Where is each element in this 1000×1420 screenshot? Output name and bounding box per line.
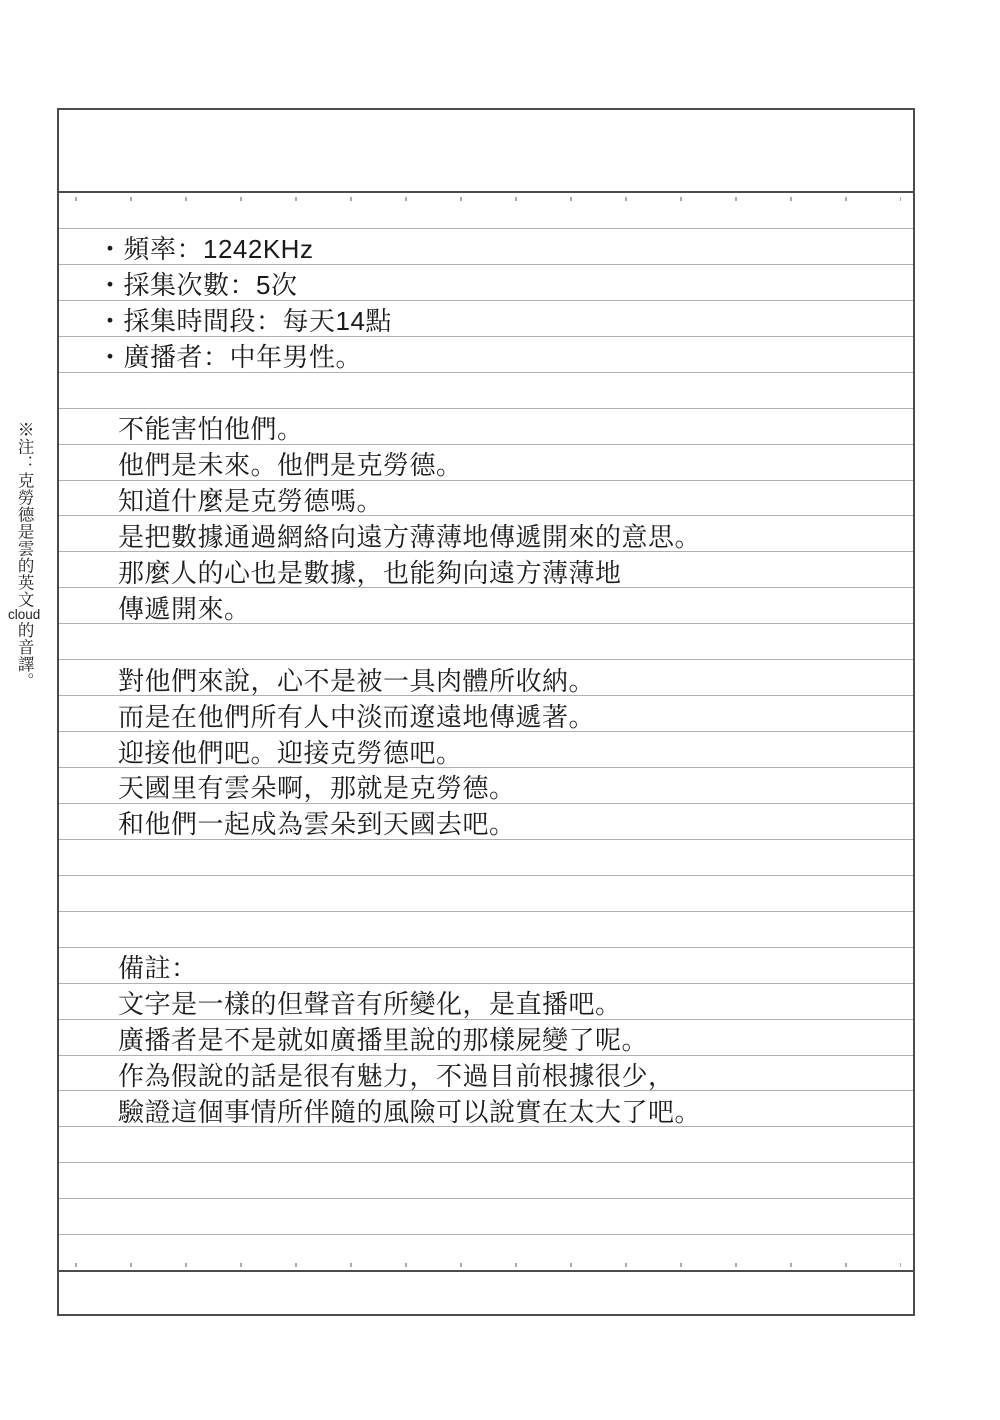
ruled-line-row — [59, 840, 913, 876]
ruled-line-row — [59, 1127, 913, 1163]
notebook-sheet: ・頻率：1242KHz ・採集次數：5次 ・採集時間段：每天14點 ・廣播者：中… — [57, 108, 915, 1316]
ruled-line-row — [59, 373, 913, 409]
ruled-line-row — [59, 624, 913, 660]
ruled-line-row: 是把數據通過網絡向遠方薄薄地傳遞開來的意思。 — [59, 516, 913, 552]
ruled-line-row-capture-count: ・採集次數：5次 — [59, 265, 913, 301]
ruled-line-row — [59, 876, 913, 912]
ruled-line-row: 不能害怕他們。 — [59, 409, 913, 445]
ruled-line-row: 天國里有雲朵啊，那就是克勞德。 — [59, 768, 913, 804]
margin-note-prefix: ※注：克勞德是雲的英文 — [15, 421, 33, 608]
tick-marks-bottom — [75, 1263, 901, 1267]
ruled-line-row: 知道什麼是克勞德嗎。 — [59, 481, 913, 517]
sheet-footer-band — [59, 1270, 913, 1314]
ruled-line-row: 文字是一樣的但聲音有所變化，是直播吧。 — [59, 984, 913, 1020]
ruled-line-row-remarks-title: 備註： — [59, 948, 913, 984]
margin-note-vertical: ※注：克勞德是雲的英文cloud的音譯。 — [8, 421, 40, 701]
ruled-line-row — [59, 1163, 913, 1199]
margin-note-latin-word: cloud — [8, 608, 40, 622]
ruled-line-row: 作為假說的話是很有魅力，不過目前根據很少， — [59, 1056, 913, 1092]
ruled-line-row: 迎接他們吧。迎接克勞德吧。 — [59, 732, 913, 768]
ruled-lines-area: ・頻率：1242KHz ・採集次數：5次 ・採集時間段：每天14點 ・廣播者：中… — [59, 193, 913, 1270]
ruled-line-row: 而是在他們所有人中淡而遼遠地傳遞著。 — [59, 696, 913, 732]
sheet-header-band — [59, 110, 913, 193]
ruled-line-row: 驗證這個事情所伴隨的風險可以說實在太大了吧。 — [59, 1091, 913, 1127]
tick-marks-top — [75, 197, 901, 201]
scanned-notes-page: ※注：克勞德是雲的英文cloud的音譯。 ・頻率：1242KHz ・採集次數：5… — [0, 0, 1000, 1420]
ruled-line-row: 和他們一起成為雲朵到天國去吧。 — [59, 804, 913, 840]
margin-note-suffix: 的音譯。 — [15, 622, 33, 690]
ruled-line-row: 傳遞開來。 — [59, 588, 913, 624]
ruled-line-row: 廣播者是不是就如廣播里說的那樣屍變了呢。 — [59, 1020, 913, 1056]
ruled-line-row-frequency: ・頻率：1242KHz — [59, 229, 913, 265]
ruled-line-row: 那麼人的心也是數據，也能夠向遠方薄薄地 — [59, 552, 913, 588]
ruled-line-row — [59, 912, 913, 948]
ruled-line-row: 對他們來說，心不是被一具肉體所收納。 — [59, 660, 913, 696]
ruled-line-row-broadcaster: ・廣播者：中年男性。 — [59, 337, 913, 373]
ruled-line-row-capture-time: ・採集時間段：每天14點 — [59, 301, 913, 337]
ruled-line-row: 他們是未來。他們是克勞德。 — [59, 445, 913, 481]
ruled-line-row — [59, 1199, 913, 1235]
